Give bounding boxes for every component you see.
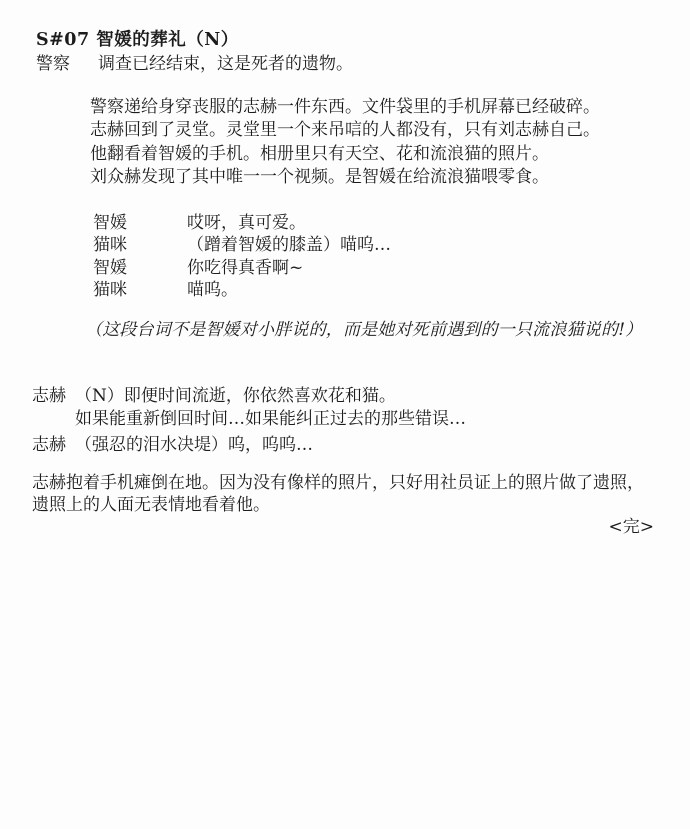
- dialogue-text: 哎呀，真可爱。: [187, 212, 306, 234]
- dialogue-row: 智媛 你吃得真香啊~: [93, 257, 654, 279]
- action-line: 刘众赫发现了其中唯一一个视频。是智媛在给流浪猫喂零食。: [90, 166, 654, 189]
- dialogue-speaker: 智媛: [93, 257, 187, 279]
- script-content: S#07 智媛的葬礼（N） 警察调查已经结束，这是死者的遗物。 警察递给身穿丧服…: [0, 0, 690, 538]
- cue-speaker: 志赫: [32, 385, 75, 431]
- action-line: 志赫回到了灵堂。灵堂里一个来吊唁的人都没有，只有刘志赫自己。: [90, 119, 654, 142]
- jihe-cue-2: 志赫 （强忍的泪水决堤）呜，呜呜…: [32, 434, 654, 457]
- cue-text: （N）即便时间流逝，你依然喜欢花和猫。 如果能重新倒回时间…如果能纠正过去的那些…: [75, 385, 466, 431]
- dialogue-text: 喵呜。: [187, 279, 238, 301]
- action-paragraph-2: 志赫抱着手机瘫倒在地。因为没有像样的照片，只好用社员证上的照片做了遗照， 遗照上…: [32, 472, 654, 516]
- dialogue-row: 猫咪 （蹭着智媛的膝盖）喵呜…: [93, 234, 654, 256]
- action-line: 他翻看着智媛的手机。相册里只有天空、花和流浪猫的照片。: [90, 143, 654, 166]
- action-paragraph-1: 警察递给身穿丧服的志赫一件东西。文件袋里的手机屏幕已经破碎。 志赫回到了灵堂。灵…: [90, 96, 654, 189]
- cue-speaker: 志赫: [32, 434, 75, 457]
- dialogue-speaker: 猫咪: [93, 234, 187, 256]
- writer-note: （这段台词不是智媛对小胖说的，而是她对死前遇到的一只流浪猫说的!）: [85, 319, 654, 341]
- dialogue-block: 智媛 哎呀，真可爱。 猫咪 （蹭着智媛的膝盖）喵呜… 智媛 你吃得真香啊~ 猫咪…: [93, 212, 654, 301]
- jihe-cue-1: 志赫 （N）即便时间流逝，你依然喜欢花和猫。 如果能重新倒回时间…如果能纠正过去…: [32, 385, 654, 431]
- dialogue-speaker: 猫咪: [93, 279, 187, 301]
- dialogue-row: 猫咪 喵呜。: [93, 279, 654, 301]
- dialogue-text: 你吃得真香啊~: [187, 257, 303, 279]
- end-mark: <完>: [36, 516, 654, 538]
- police-cue-speaker: 警察: [36, 54, 70, 74]
- scene-heading: S#07 智媛的葬礼（N）: [36, 28, 654, 52]
- action-line: 遗照上的人面无表情地看着他。: [32, 494, 654, 516]
- cue-text: （强忍的泪水决堤）呜，呜呜…: [75, 434, 313, 457]
- cue-line: 如果能重新倒回时间…如果能纠正过去的那些错误…: [75, 408, 466, 431]
- dialogue-row: 智媛 哎呀，真可爱。: [93, 212, 654, 234]
- dialogue-speaker: 智媛: [93, 212, 187, 234]
- dialogue-text: （蹭着智媛的膝盖）喵呜…: [187, 234, 391, 256]
- script-page: S#07 智媛的葬礼（N） 警察调查已经结束，这是死者的遗物。 警察递给身穿丧服…: [0, 0, 690, 829]
- police-cue: 警察调查已经结束，这是死者的遗物。: [36, 52, 654, 76]
- police-cue-text: 调查已经结束，这是死者的遗物。: [98, 54, 353, 74]
- action-line: 警察递给身穿丧服的志赫一件东西。文件袋里的手机屏幕已经破碎。: [90, 96, 654, 119]
- action-line: 志赫抱着手机瘫倒在地。因为没有像样的照片，只好用社员证上的照片做了遗照，: [32, 472, 654, 494]
- cue-line: （N）即便时间流逝，你依然喜欢花和猫。: [75, 385, 466, 408]
